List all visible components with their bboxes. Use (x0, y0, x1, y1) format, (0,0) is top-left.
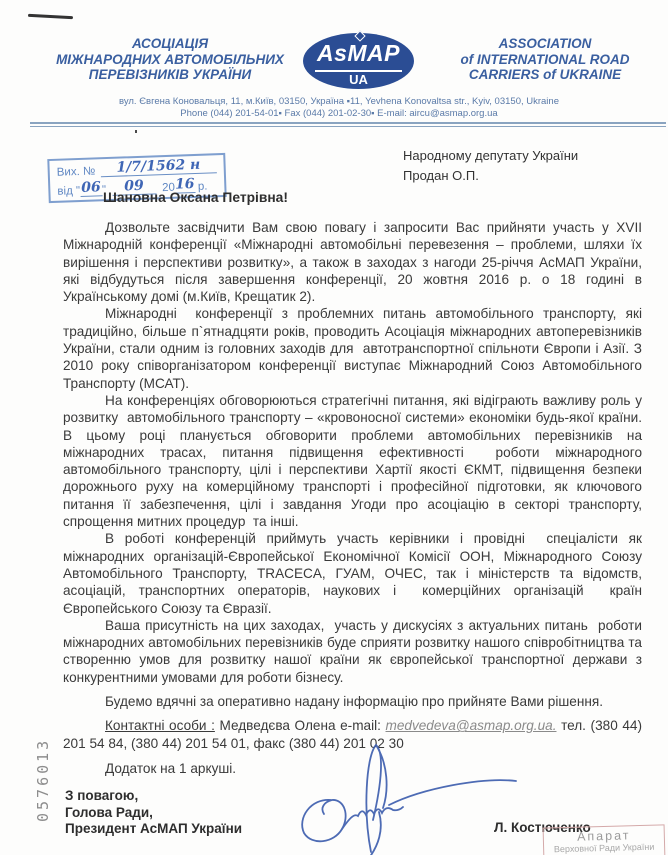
org-name-ua-line: АСОЦІАЦІЯ (52, 36, 288, 52)
stamp-out-label: Вих. № (57, 165, 96, 178)
paragraph-2: Міжнародні конференції з проблемних пита… (63, 305, 642, 391)
stamp-out-number: 1/7/1562 н (100, 157, 217, 177)
paragraph-3: На конференціях обговорюються стратегічн… (63, 392, 642, 530)
paragraph-1: Дозвольте засвідчити Вам свою повагу і з… (63, 219, 642, 305)
signoff-line-2: Голова Ради, (65, 805, 242, 822)
logo-sub-text: UA (303, 72, 414, 87)
signoff-line-1: З повагою, (65, 788, 242, 805)
ink-speck (135, 130, 137, 133)
paragraph-5: Ваша присутність на цих заходах, участь … (63, 617, 642, 686)
signature-stroke (342, 807, 403, 829)
signature-stroke (369, 812, 381, 855)
contacts-label: Контактні особи : (105, 718, 215, 733)
org-name-ua-line: МІЖНАРОДНИХ АВТОМОБІЛЬНИХ (52, 52, 288, 68)
contacts-names: Медведєва Олена e-mail: (215, 718, 386, 733)
org-name-en-line: of INTERNATIONAL ROAD (424, 52, 666, 68)
salutation: Шановна Оксана Петрівна! (103, 190, 642, 205)
contacts-email-link[interactable]: medvedeva@asmap.org.ua. (386, 718, 557, 733)
contacts-paragraph: Контактні особи : Медведєва Олена e-mail… (63, 717, 642, 752)
org-name-ua-line: ПЕРЕВІЗНИКІВ УКРАЇНИ (52, 67, 288, 83)
thanks-paragraph: Будемо вдячні за оперативно надану інфор… (63, 693, 642, 710)
signature-stroke (302, 800, 345, 841)
signature-stroke (389, 780, 516, 805)
org-name-english: ASSOCIATION of INTERNATIONAL ROAD CARRIE… (424, 36, 666, 83)
recipient-line-1: Народному депутату України (403, 146, 578, 166)
org-name-en-line: ASSOCIATION (424, 36, 666, 52)
signoff-line-3: Президент АсМАП України (65, 821, 242, 838)
pen-stroke-mark (28, 14, 73, 19)
header-divider-rule (30, 122, 666, 127)
signoff-block: З повагою, Голова Ради, Президент АсМАП … (65, 788, 242, 838)
asmap-logo: AsMAP UA (303, 33, 414, 89)
apparatus-stamp: Апарат Верховної Ради України (543, 824, 666, 855)
org-name-ukrainian: АСОЦІАЦІЯ МІЖНАРОДНИХ АВТОМОБІЛЬНИХ ПЕРЕ… (52, 36, 288, 83)
paragraph-4: В роботі конференцій приймуть участь кер… (63, 530, 642, 616)
address-line-2: Phone (044) 201-54-01▪ Fax (044) 201-02-… (84, 108, 594, 120)
apparatus-stamp-line-2: Верховної Ради України (544, 841, 664, 854)
letter-body: Шановна Оксана Петрівна! Дозвольте засві… (63, 190, 642, 777)
recipient-block: Народному депутату України Продан О.П. (403, 146, 578, 186)
doc-number-vertical: 0576013 (34, 712, 52, 822)
address-block: вул. Євгена Коновальця, 11, м.Київ, 0315… (84, 96, 594, 120)
attachment-note: Додаток на 1 аркуші. (63, 760, 642, 777)
address-line-1: вул. Євгена Коновальця, 11, м.Київ, 0315… (84, 96, 594, 108)
logo-main-text: AsMAP (303, 40, 414, 67)
recipient-line-2: Продан О.П. (403, 166, 578, 186)
scanned-letter-page: АСОЦІАЦІЯ МІЖНАРОДНИХ АВТОМОБІЛЬНИХ ПЕРЕ… (0, 0, 668, 855)
org-name-en-line: CARRIERS of UKRAINE (424, 67, 666, 83)
